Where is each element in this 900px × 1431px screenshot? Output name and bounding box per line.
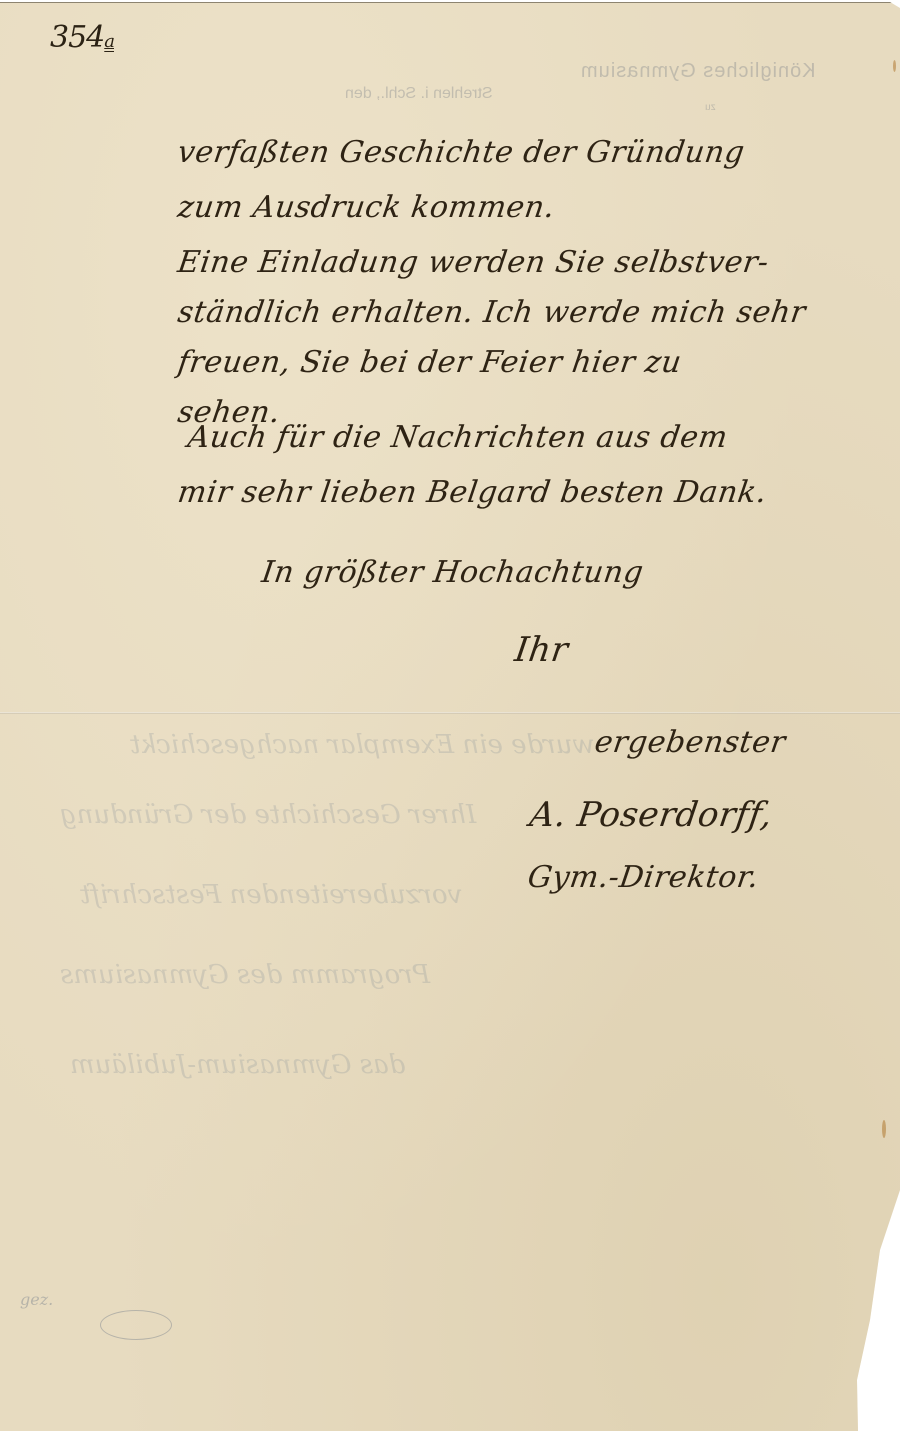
pencil-annotation-text: gez.	[20, 1290, 53, 1309]
closing-ergebenster: ergebenster	[593, 725, 788, 760]
body-line-3: Eine Einladung werden Sie selbstver-	[176, 245, 772, 280]
signer-title: Gym.-Direktor.	[526, 860, 762, 895]
signature: A. Poserdorff,	[527, 795, 775, 835]
body-line-8: mir sehr lieben Belgard besten Dank.	[176, 475, 770, 510]
body-line-1: verfaßten Geschichte der Gründung	[176, 135, 747, 170]
closing-salutation: In größter Hochachtung	[260, 555, 646, 590]
foxing-stain	[893, 60, 896, 72]
body-line-7: Auch für die Nachrichten aus dem	[186, 420, 730, 455]
pencil-loop-mark	[100, 1310, 172, 1340]
foxing-stain	[882, 1120, 886, 1138]
foxing-stain	[880, 1270, 887, 1286]
pencil-annotation: gez.	[20, 1290, 160, 1360]
body-line-5: freuen, Sie bei der Feier hier zu	[176, 345, 684, 380]
letter-page: 354a Königliches Gymnasium zu Strehlen i…	[0, 0, 900, 1431]
closing-ihr: Ihr	[512, 630, 571, 670]
body-line-4: ständlich erhalten. Ich werde mich sehr	[176, 295, 809, 330]
letter-text: verfaßten Geschichte der Gründung zum Au…	[0, 0, 900, 1431]
body-line-2: zum Ausdruck kommen.	[176, 190, 558, 225]
